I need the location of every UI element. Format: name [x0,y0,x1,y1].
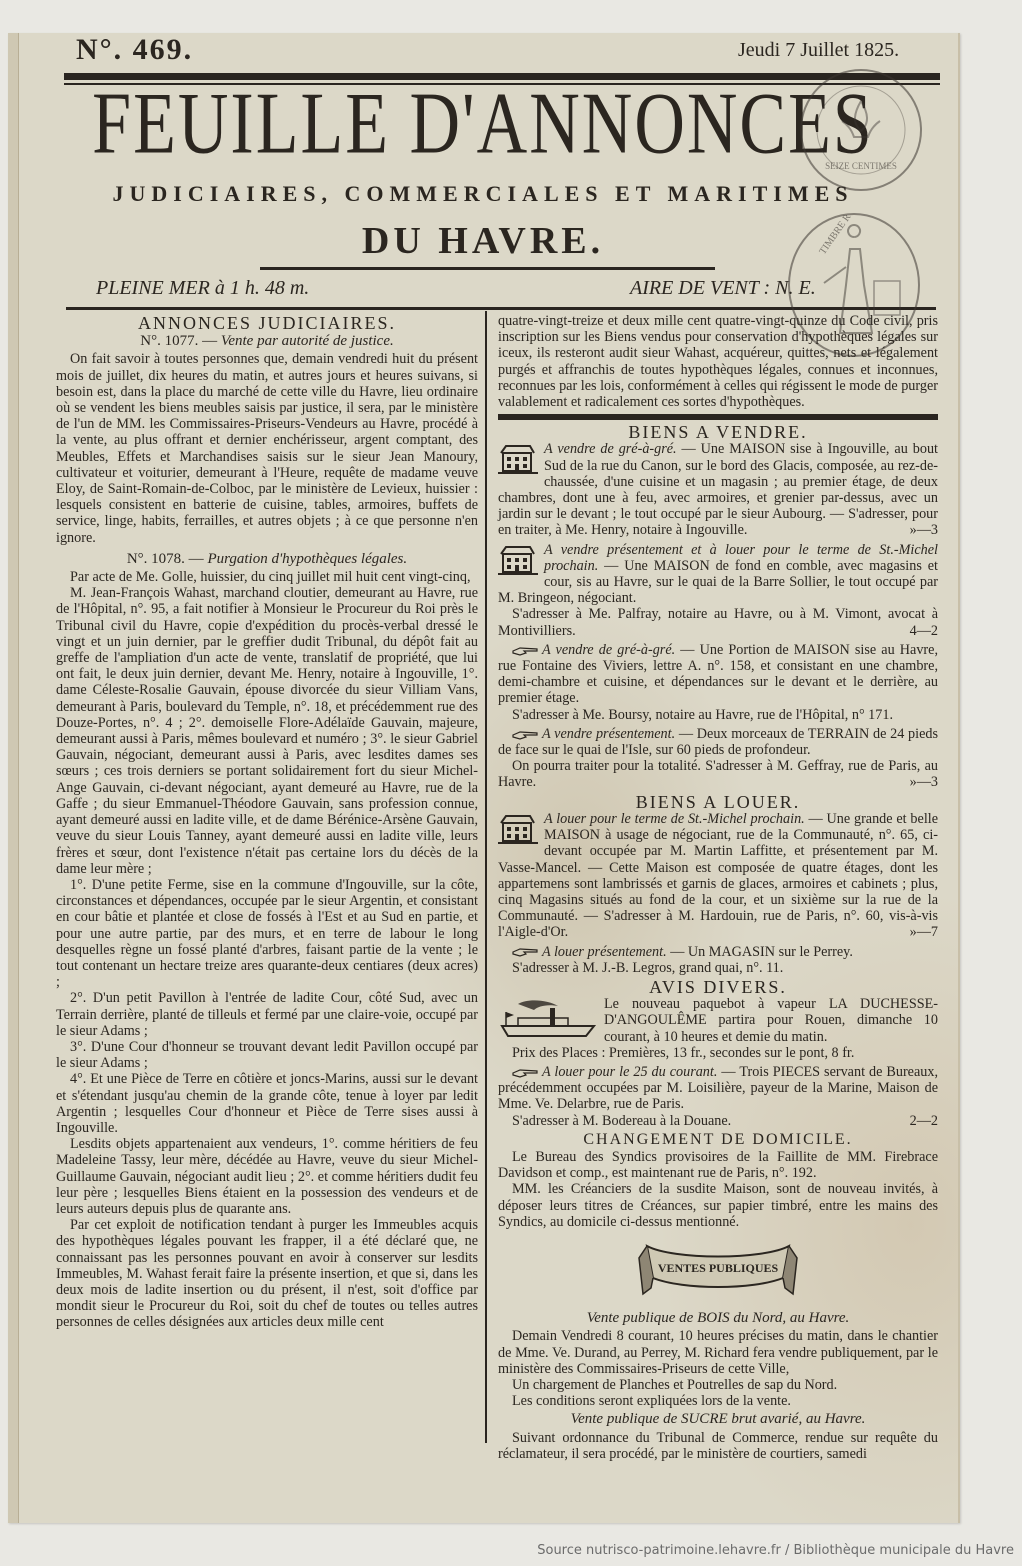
section-rule [498,414,938,420]
pointing-hand-icon [512,947,538,957]
notice-1078-paragraph: 3°. D'une Cour d'honneur se trouvant dev… [56,1039,478,1071]
notice-1078-paragraph: 4°. Et une Pièce de Terre en côtière et … [56,1071,478,1136]
vente-bois-paragraph: Un chargement de Planches et Poutrelles … [498,1377,938,1393]
notice-1078-paragraph: Par cet exploit de notification tendant … [56,1217,478,1330]
notice-1078-paragraph: 1°. D'une petite Ferme, sise en la commu… [56,877,478,990]
ad-item: A vendre de gré-à-gré. — Une Portion de … [498,642,938,723]
house-icon [498,813,538,845]
left-column: ANNONCES JUDICIAIRES. N°. 1077. — Vente … [56,313,478,1331]
ribbon-banner-icon: VENTES PUBLIQUES [633,1238,803,1300]
pointing-hand-icon [512,646,538,656]
vente-bois-paragraph: Les conditions seront expliquées lors de… [498,1393,938,1409]
steamboat-notice: Le nouveau paquebot à vapeur LA DUCHESSE… [498,996,938,1061]
changement-paragraph: MM. les Créanciers de la susdite Maison,… [498,1181,938,1230]
notice-1077-body: On fait savoir à toutes personnes que, d… [56,351,478,545]
source-credit: Source nutrisco-patrimoine.lehavre.fr / … [537,1543,1014,1558]
ad-item: A vendre présentement et à louer pour le… [498,542,938,639]
house-icon [498,544,538,576]
notice-1078-paragraph: Par acte de Me. Golle, huissier, du cinq… [56,569,478,585]
vente-sucre-heading: Vente publique de SUCRE brut avarié, au … [498,1411,938,1427]
notice-1078-paragraph: 2°. D'un petit Pavillon à l'entrée de la… [56,990,478,1039]
vente-bois-heading: Vente publique de BOIS du Nord, au Havre… [498,1310,938,1326]
section-title-biens-a-vendre: BIENS A VENDRE. [498,424,938,440]
ad-item: A vendre présentement. — Deux morceaux d… [498,726,938,791]
ad-item: A louer présentement. — Un MAGASIN sur l… [498,944,938,976]
newspaper-page: N°. 469. Jeudi 7 Juillet 1825. FEUILLE D… [8,33,960,1523]
section-title-biens-a-louer: BIENS A LOUER. [498,794,938,810]
notice-1078-continuation: quatre-vingt-treize et deux mille cent q… [498,313,938,410]
svg-text:VENTES PUBLIQUES: VENTES PUBLIQUES [658,1261,779,1275]
section-title-annonces-judiciaires: ANNONCES JUDICIAIRES. [56,315,478,331]
masthead-mid-rule [260,267,715,270]
svg-text:SEIZE CENTIMES: SEIZE CENTIMES [825,161,897,171]
notice-1078-paragraph: Lesdits objets appartenaient aux vendeur… [56,1136,478,1217]
steamboat-icon [498,998,598,1040]
pointing-hand-icon [512,730,538,740]
changement-paragraph: Le Bureau des Syndics provisoires de la … [498,1149,938,1181]
house-icon [498,443,538,475]
ad-item: A louer pour le 25 du courant. — Trois P… [498,1064,938,1129]
ad-item: A vendre de gré-à-gré. — Une MAISON sise… [498,441,938,538]
vente-sucre-paragraph: Suivant ordonnance du Tribunal de Commer… [498,1430,938,1462]
ad-item: A louer pour le terme de St.-Michel proc… [498,811,938,941]
issue-number: N°. 469. [76,33,193,67]
notice-1078-paragraph: M. Jean-François Wahast, marchand clouti… [56,585,478,877]
column-divider [485,311,487,1443]
section-title-changement-domicile: CHANGEMENT DE DOMICILE. [498,1132,938,1148]
fleur-de-lis-icon: SEIZE CENTIMES [802,71,920,189]
notice-1077-heading: N°. 1077. — Vente par autorité de justic… [56,333,478,349]
pointing-hand-icon [512,1068,538,1078]
tax-stamp-top: SEIZE CENTIMES [800,69,922,191]
right-column: quatre-vingt-treize et deux mille cent q… [498,313,938,1462]
vente-bois-paragraph: Demain Vendredi 8 courant, 10 heures pré… [498,1328,938,1377]
tide-info: PLEINE MER à 1 h. 48 m. [96,277,309,300]
issue-date: Jeudi 7 Juillet 1825. [738,39,899,62]
section-title-avis-divers: AVIS DIVERS. [498,979,938,995]
ventes-publiques-banner: VENTES PUBLIQUES [498,1238,938,1304]
notice-1078-heading: N°. 1078. — Purgation d'hypothèques léga… [56,551,478,567]
